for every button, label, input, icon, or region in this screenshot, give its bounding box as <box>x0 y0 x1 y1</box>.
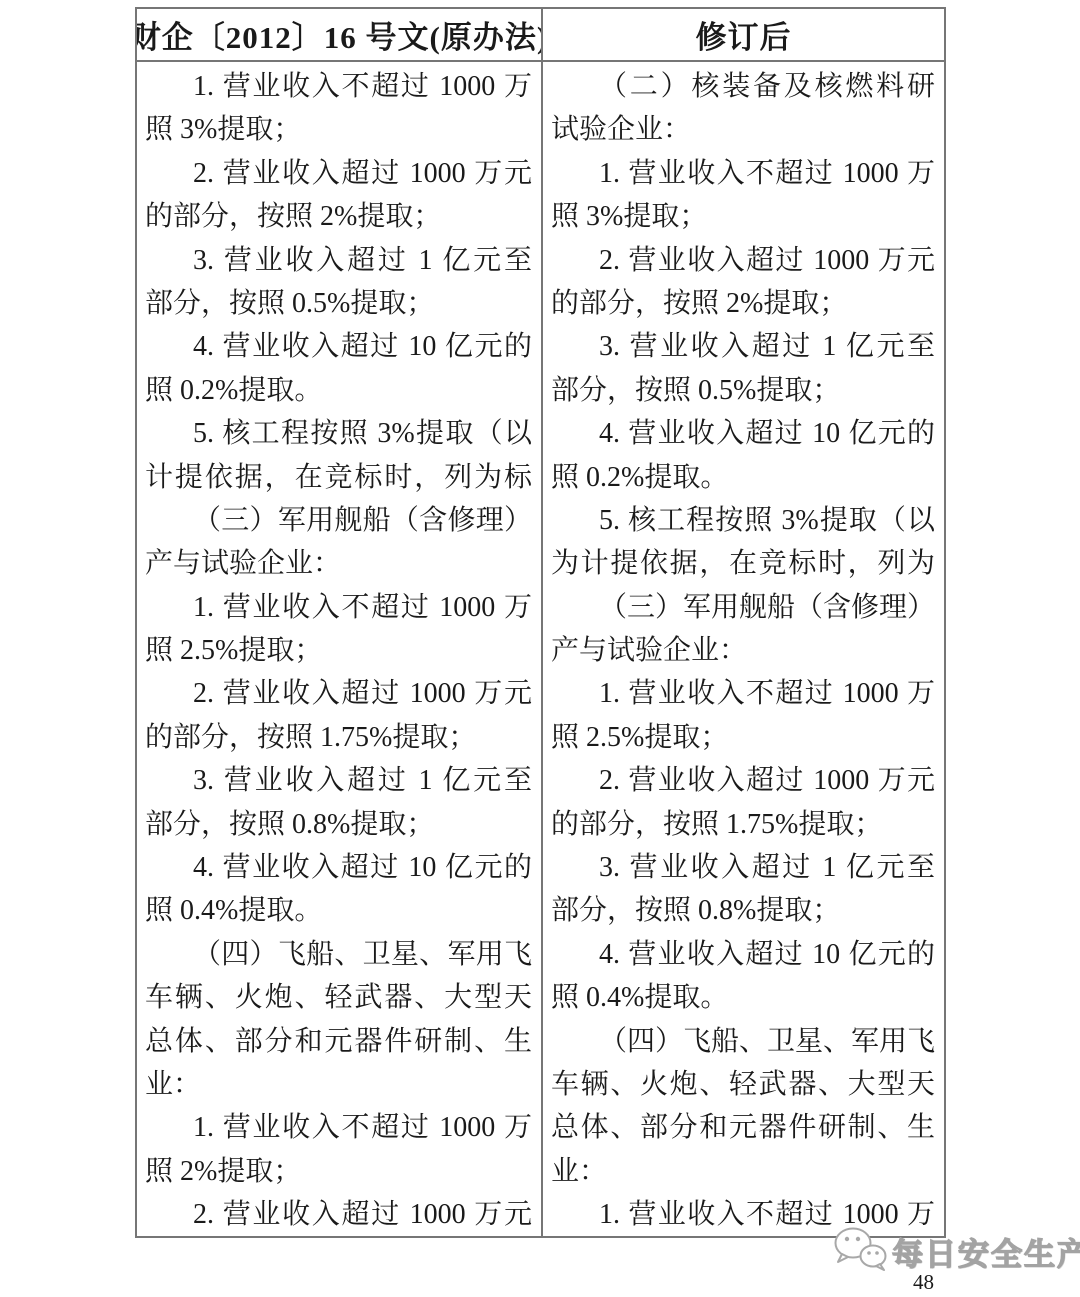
text-line: 照 0.4%提取。 <box>145 889 532 932</box>
text-line: 1. 营业收入不超过 1000 万元的，按 <box>551 672 935 715</box>
text-line: 试验企业： <box>551 108 935 151</box>
table-header-revised: 修订后 <box>543 9 944 62</box>
text-line: （三）军用舰船（含修理）研制、生 <box>551 586 935 629</box>
text-line: 3. 营业收入超过 1 亿元至 10 亿元的 <box>551 325 935 368</box>
comparison-table: 财企〔2012〕16 号文(原办法) 修订后 1. 营业收入不超过 1000 万… <box>135 7 946 1238</box>
text-line: 4. 营业收入超过 10 亿元的部分，按 <box>145 846 532 889</box>
cell-left: 1. 营业收入不超过 1000 万元的，按照 3%提取；2. 营业收入超过 10… <box>137 62 543 1236</box>
text-line: 计提依据，在竞标时，列为标外管理）。 <box>145 456 532 499</box>
watermark: 每日安全生产 <box>832 1226 1080 1277</box>
text-line: 照 0.4%提取。 <box>551 976 935 1019</box>
text-line: 照 3%提取； <box>551 195 935 238</box>
text-line: 车辆、火炮、轻武器、大型天线等产品的 <box>145 976 532 1019</box>
text-line: 5. 核工程按照 3%提取（以工程造价为 <box>145 412 532 455</box>
text-line: 3. 营业收入超过 1 亿元至 10 亿元的 <box>551 846 935 889</box>
text-line: 照 2.5%提取； <box>551 716 935 759</box>
wechat-icon <box>832 1226 888 1277</box>
text-line: 照 3%提取； <box>145 108 532 151</box>
text-line: 总体、部分和元器件研制、生产与试验企 <box>145 1020 532 1063</box>
text-line: 5. 核工程按照 3%提取（以工程造价 <box>551 499 935 542</box>
text-line: 产与试验企业： <box>145 542 532 585</box>
text-line: 1. 营业收入不超过 1000 万元的，按 <box>145 65 532 108</box>
text-line: 4. 营业收入超过 10 亿元的部分，按 <box>551 933 935 976</box>
text-line: 总体、部分和元器件研制、生产与试验企 <box>551 1106 935 1149</box>
text-line: 的部分，按照 2%提取； <box>145 195 532 238</box>
text-line: 4. 营业收入超过 10 亿元的部分，按 <box>145 325 532 368</box>
text-line: 的部分，按照 1.75%提取； <box>145 716 532 759</box>
cell-right: （二）核装备及核燃料研制、生产与试验企业：1. 营业收入不超过 1000 万元的… <box>543 62 944 1236</box>
text-line: （四）飞船、卫星、军用飞机、坦克 <box>551 1020 935 1063</box>
text-line: 车辆、火炮、轻武器、大型天线等产品的 <box>551 1063 935 1106</box>
text-line: 部分，按照 0.5%提取； <box>145 282 532 325</box>
text-line: 照 2.5%提取； <box>145 629 532 672</box>
text-line: 为计提依据，在竞标时，列为标外管理）。 <box>551 542 935 585</box>
text-line: 3. 营业收入超过 1 亿元至 10 亿元的 <box>145 239 532 282</box>
text-line: 照 0.2%提取。 <box>551 456 935 499</box>
text-line: 1. 营业收入不超过 1000 万元的，按 <box>145 1106 532 1149</box>
text-line: （三）军用舰船（含修理）研制、生 <box>145 499 532 542</box>
watermark-label: 每日安全生产 <box>892 1229 1080 1274</box>
text-line: 部分，按照 0.5%提取； <box>551 369 935 412</box>
text-line: 的部分，按照 2%提取； <box>551 282 935 325</box>
table-header-original: 财企〔2012〕16 号文(原办法) <box>137 9 543 62</box>
text-line: 2. 营业收入超过 1000 万元至 1 亿元 <box>551 759 935 802</box>
text-line: 照 0.2%提取。 <box>145 369 532 412</box>
text-line: 2. 营业收入超过 1000 万元至 1 亿元 <box>145 672 532 715</box>
text-line: 2. 营业收入超过 1000 万元至 1 亿元 <box>145 1193 532 1236</box>
text-line: 2. 营业收入超过 1000 万元至 1 亿元 <box>551 239 935 282</box>
text-line: 的部分，按照 1.75%提取； <box>551 803 935 846</box>
text-line: 部分，按照 0.8%提取； <box>145 803 532 846</box>
text-line: 业： <box>145 1063 532 1106</box>
text-line: 1. 营业收入不超过 1000 万元的，按 <box>551 152 935 195</box>
text-line: （二）核装备及核燃料研制、生产与 <box>551 65 935 108</box>
text-line: 照 2%提取； <box>145 1150 532 1193</box>
text-line: 4. 营业收入超过 10 亿元的部分，按 <box>551 412 935 455</box>
text-line: 1. 营业收入不超过 1000 万元的，按 <box>145 586 532 629</box>
text-line: 业： <box>551 1150 935 1193</box>
text-line: 2. 营业收入超过 1000 万元至 1 亿元 <box>145 152 532 195</box>
text-line: 3. 营业收入超过 1 亿元至 10 亿元的 <box>145 759 532 802</box>
text-line: 部分，按照 0.8%提取； <box>551 889 935 932</box>
text-line: （四）飞船、卫星、军用飞机、坦克 <box>145 933 532 976</box>
text-line: 产与试验企业： <box>551 629 935 672</box>
